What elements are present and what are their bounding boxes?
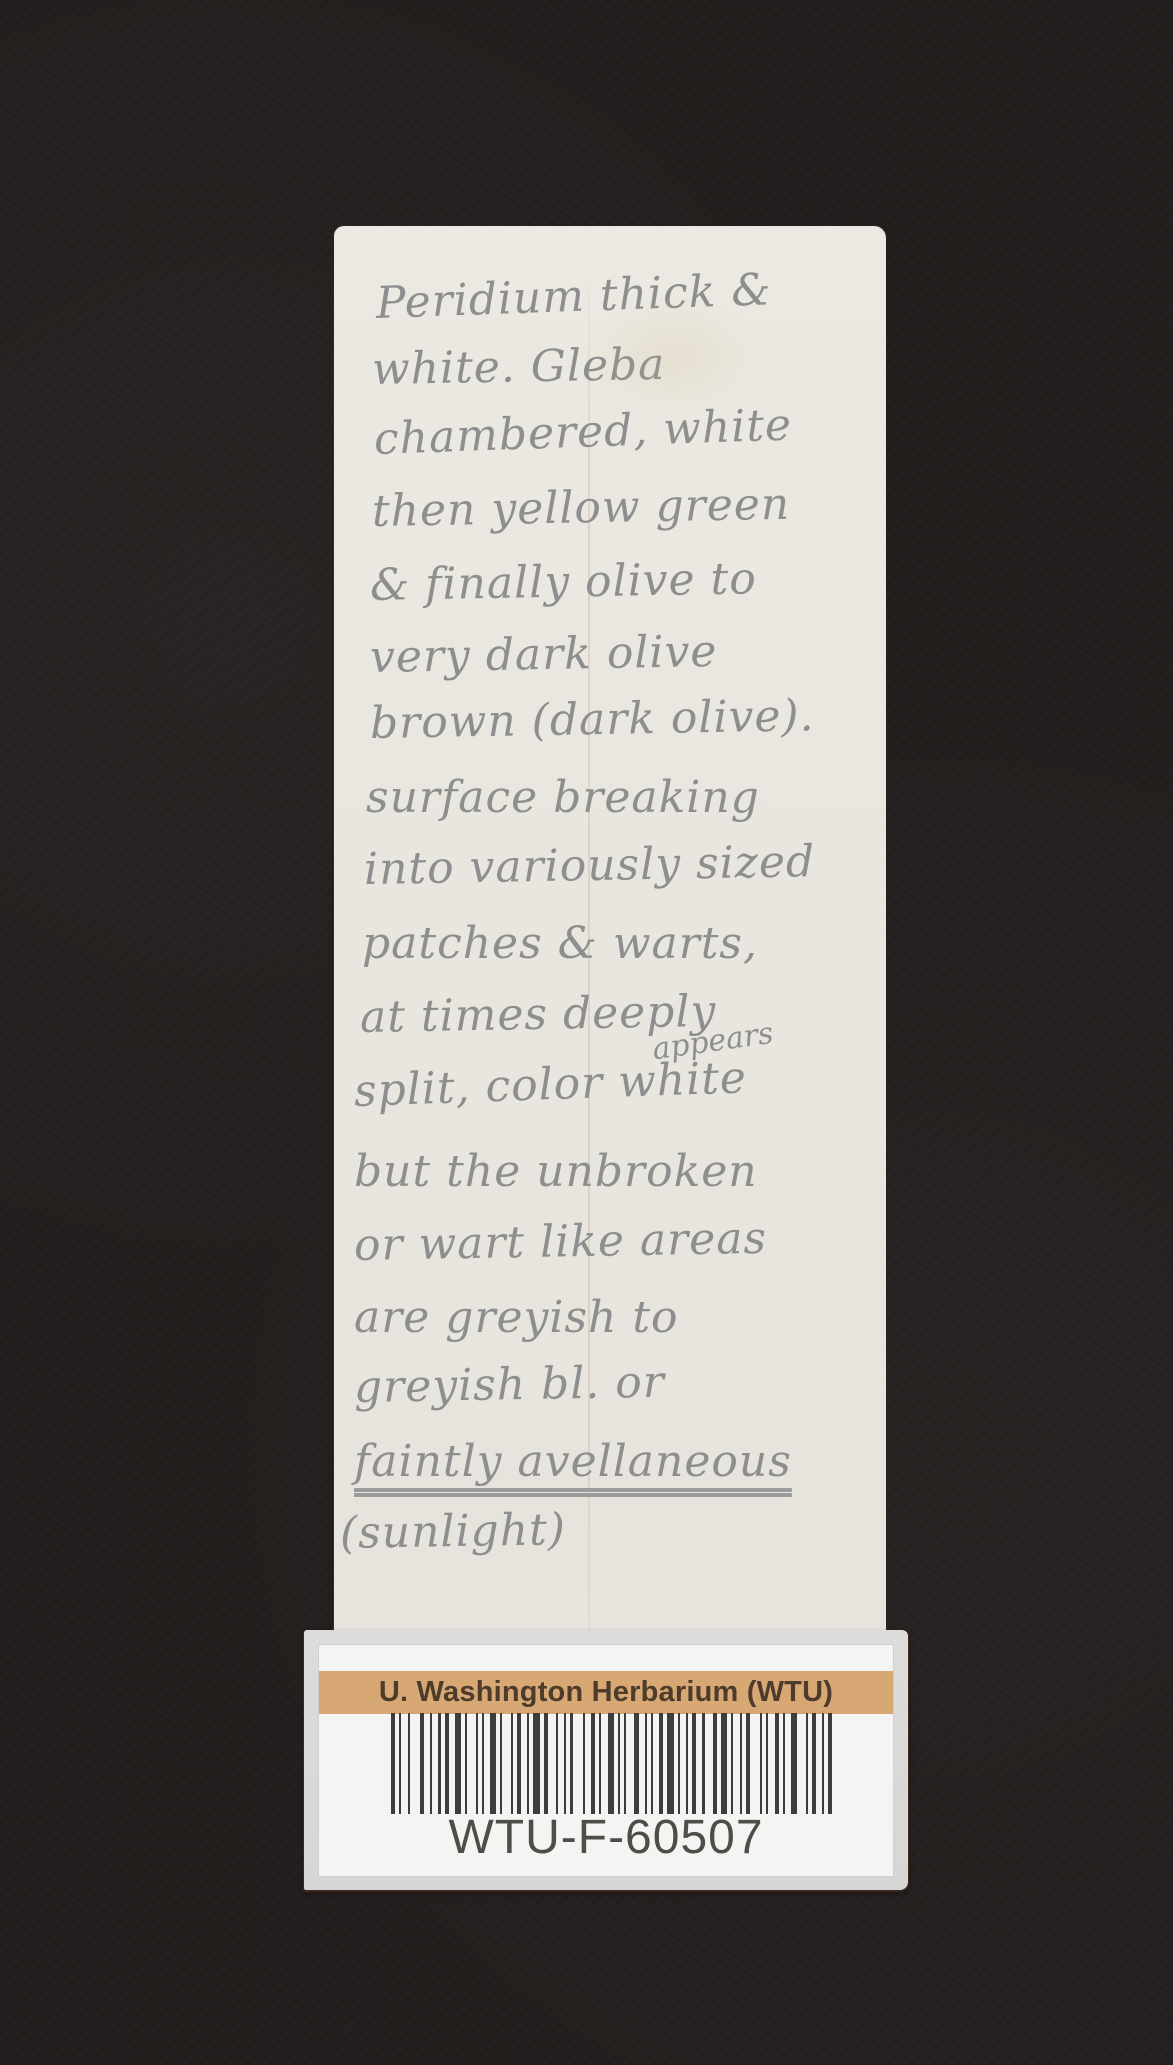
- catalog-number: WTU-F-60507: [319, 1810, 893, 1865]
- barcode-space: [410, 1713, 420, 1814]
- note-text: Peridium thick & white. Gleba chambered,…: [334, 226, 886, 1638]
- note-line: white. Gleba: [372, 339, 666, 395]
- note-line: greyish bl. or: [354, 1357, 666, 1413]
- barcode-label-mount: U. Washington Herbarium (WTU) WTU-F-6050…: [304, 1630, 908, 1890]
- note-line: then yellow green: [372, 479, 791, 537]
- note-line: & finally olive to: [370, 553, 758, 611]
- barcode-space: [750, 1713, 760, 1814]
- barcode-space: [467, 1713, 475, 1814]
- note-line: faintly avellaneous: [354, 1436, 792, 1487]
- note-line: patches & warts,: [362, 918, 758, 969]
- note-line: are greyish to: [354, 1292, 679, 1343]
- institution-band: U. Washington Herbarium (WTU): [319, 1671, 893, 1714]
- barcode-space: [797, 1713, 805, 1814]
- institution-name: U. Washington Herbarium (WTU): [379, 1676, 833, 1709]
- barcode-space: [548, 1713, 556, 1814]
- barcode-space: [502, 1713, 510, 1814]
- note-line: chambered, white: [373, 399, 793, 465]
- barcode-space: [705, 1713, 713, 1814]
- note-line: into variously sized: [364, 836, 816, 895]
- note-line: (sunlight): [340, 1504, 567, 1559]
- note-line: Peridium thick &: [375, 264, 772, 329]
- note-line: very dark olive: [370, 626, 718, 683]
- note-line: surface breaking: [366, 772, 760, 823]
- barcode-space: [573, 1713, 583, 1814]
- barcode-label: U. Washington Herbarium (WTU) WTU-F-6050…: [318, 1644, 894, 1877]
- barcode-icon: [391, 1713, 833, 1814]
- note-line: but the unbroken: [354, 1146, 758, 1197]
- note-line: brown (dark olive).: [370, 690, 815, 749]
- barcode-bar: [828, 1713, 832, 1814]
- handwritten-note-card: Peridium thick & white. Gleba chambered,…: [334, 226, 886, 1638]
- barcode-space: [626, 1713, 634, 1814]
- note-line: or wart like areas: [354, 1213, 768, 1271]
